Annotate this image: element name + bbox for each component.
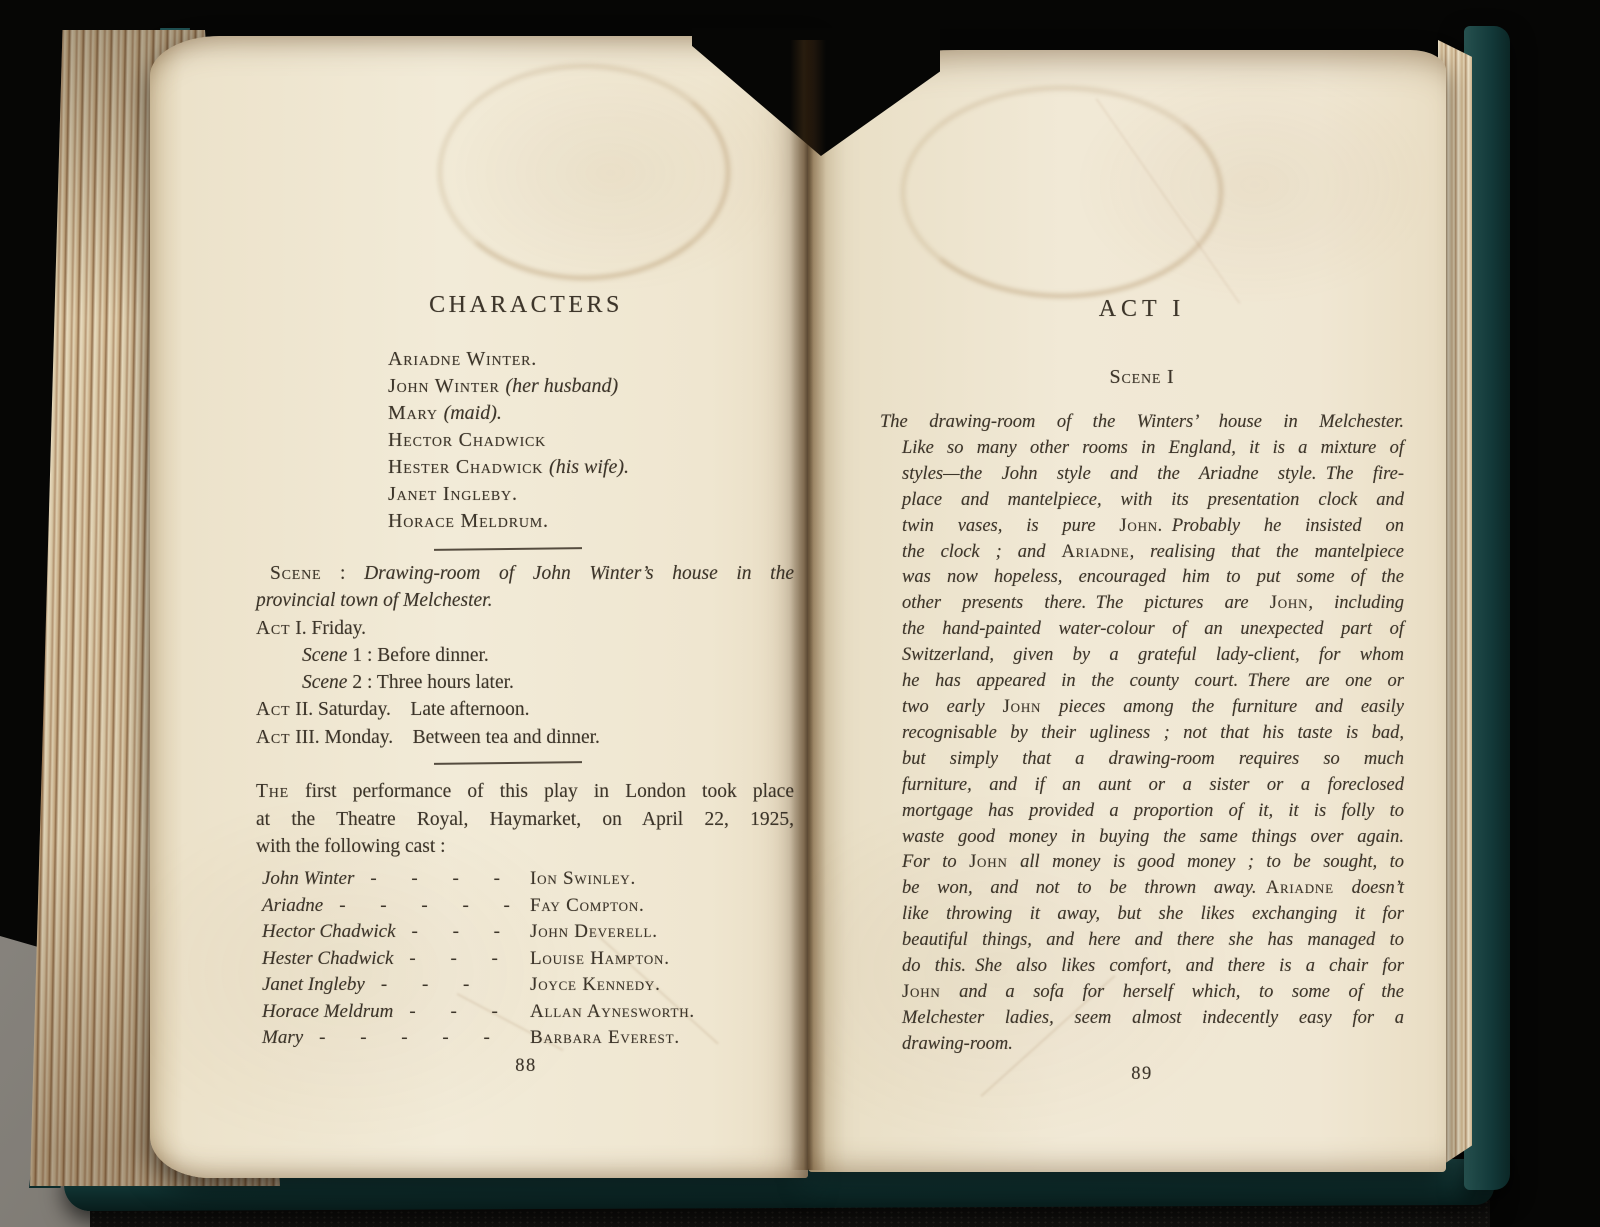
cast-actor: Fay Compton. [530,893,782,920]
text-segment: the clock ; and [902,542,1061,562]
book-gutter-shadow [790,40,826,1170]
text-line: with the following cast : [256,833,794,861]
text-segment: Scene [302,645,347,666]
right-page-content: ACT I Scene I The drawing-room of the Wi… [880,50,1404,1172]
scene-and-act-summary: Scene : Drawing-room of John Winter’s ho… [256,560,794,751]
text-segment: (his wife). [549,456,629,478]
text-line: Scene 1 : Before dinner. [256,642,794,669]
text-segment: Ariadne [1061,542,1129,562]
first-performance-note: The first performance of this play in Lo… [256,778,794,861]
text-segment: . Probably he insisted on [1158,516,1404,536]
text-segment: furniture, and if an aunt or a sister or… [902,775,1404,795]
cast-char: Janet Ingleby [262,972,365,999]
cast-row: Ariadne- - - - -Fay Compton. [262,893,782,920]
text-segment: Act [256,727,290,748]
cast-actor: Barbara Everest. [530,1025,782,1052]
cast-dashes: - - - [393,999,530,1026]
text-segment: Janet Ingleby. [388,483,518,505]
cast-row: John Winter- - - -Ion Swinley. [262,866,782,893]
left-page-content: CHARACTERS Ariadne Winter.John Winter (h… [256,36,796,1178]
text-segment: (her husband) [505,375,618,397]
text-segment: he has appeared in the county court. The… [902,671,1404,691]
scene-heading: Scene I [880,366,1404,389]
text-segment: like throwing it away, but she likes exc… [902,904,1404,924]
text-segment: , realising that the mantelpiece [1130,542,1404,562]
text-segment: drawing-room. [902,1034,1013,1054]
text-line: waste good money in buying the same thin… [880,825,1404,851]
text-segment: with the following cast : [256,836,446,857]
text-line: drawing-room. [880,1032,1404,1058]
cast-row: Mary- - - - -Barbara Everest. [262,1025,782,1052]
text-segment: styles—the John style and the Ariadne st… [902,464,1404,484]
text-line: was now hopeless, encouraged him to put … [880,565,1404,591]
text-line: Melchester ladies, seem almost indecentl… [880,1006,1404,1032]
text-line: beautiful things, and here and there she… [880,928,1404,954]
text-line: Like so many other rooms in England, it … [880,436,1404,462]
text-segment: beautiful things, and here and there she… [902,930,1404,950]
text-segment: 2 : Three hours later. [347,672,513,693]
text-segment: mortgage has provided a proportion of it… [902,801,1404,821]
text-segment: Switzerland, given by a grateful lady-cl… [902,645,1404,665]
text-line: provincial town of Melchester. [256,587,794,614]
text-segment: III. Monday. Between tea and dinner. [290,727,600,748]
text-line: styles—the John style and the Ariadne st… [880,462,1404,488]
text-line: Ariadne Winter. [388,346,629,373]
cast-actor: Joyce Kennedy. [530,972,782,999]
text-segment: doesn’t [1334,878,1404,898]
text-segment: The drawing-room of the Winters’ house i… [880,412,1404,432]
text-segment: John [1119,516,1158,536]
text-segment: Act [256,699,290,720]
text-segment: Mary [388,402,444,424]
text-line: but simply that a drawing-room requires … [880,747,1404,773]
text-segment: place and mantelpiece, with its presenta… [902,490,1404,510]
cast-char: John Winter [262,866,354,893]
text-segment: two early [902,697,1003,717]
text-segment: provincial town of Melchester. [256,590,493,611]
text-segment: pieces among the furniture and easily [1041,697,1404,717]
text-line: Hester Chadwick (his wife). [388,454,629,481]
text-line: The drawing-room of the Winters’ house i… [880,410,1404,436]
text-line: Act III. Monday. Between tea and dinner. [256,724,794,751]
text-line: be won, and not to be thrown away. Ariad… [880,876,1404,902]
cast-char: Hester Chadwick [262,946,393,973]
text-line: recognisable by their ugliness ; not tha… [880,721,1404,747]
text-segment: (maid). [444,402,502,424]
text-segment: Scene [270,563,321,584]
text-line: Hector Chadwick [388,427,629,454]
cast-row: Horace Meldrum- - -Allan Aynesworth. [262,999,782,1026]
text-segment: Ariadne [1266,878,1334,898]
act-heading: ACT I [880,296,1404,323]
text-line: Act I. Friday. [256,615,794,642]
page-number-right: 89 [880,1064,1404,1085]
text-line: Act II. Saturday. Late afternoon. [256,696,794,723]
character-list: Ariadne Winter.John Winter (her husband)… [388,346,629,535]
cast-dashes: - - - - - [303,1025,530,1052]
text-line: at the Theatre Royal, Haymarket, on Apri… [256,806,794,834]
text-segment: John [969,852,1008,872]
text-segment: : [321,563,364,584]
cast-dashes: - - - [365,972,530,999]
left-page: CHARACTERS Ariadne Winter.John Winter (h… [150,36,808,1178]
text-segment: be won, and not to be thrown away. [902,878,1266,898]
cast-list: John Winter- - - -Ion Swinley.Ariadne- -… [262,866,782,1052]
text-line: the clock ; and Ariadne, realising that … [880,540,1404,566]
right-page: ACT I Scene I The drawing-room of the Wi… [808,50,1446,1172]
characters-heading: CHARACTERS [256,292,796,319]
stage-directions: The drawing-room of the Winters’ house i… [880,410,1404,1058]
text-segment: , including [1308,593,1404,613]
scene-heading-text: Scene I [1110,366,1175,388]
cast-dashes: - - - - [354,866,530,893]
cast-actor: Ion Swinley. [530,866,782,893]
text-segment: John [1270,593,1309,613]
text-segment: The [256,781,289,802]
cast-char: Horace Meldrum [262,999,393,1026]
text-segment: Horace Meldrum. [388,510,549,532]
text-line: The first performance of this play in Lo… [256,778,794,806]
cast-actor: John Deverell. [530,919,782,946]
text-segment: John [902,982,941,1002]
text-line: For to John all money is good money ; to… [880,850,1404,876]
cast-dashes: - - - [396,919,530,946]
photo-of-open-book: CHARACTERS Ariadne Winter.John Winter (h… [0,0,1600,1227]
text-segment: Like so many other rooms in England, it … [902,438,1404,458]
text-line: John and a sofa for herself which, to so… [880,980,1404,1006]
text-segment: waste good money in buying the same thin… [902,827,1404,847]
text-segment: Melchester ladies, seem almost indecentl… [902,1008,1404,1028]
text-segment: and a sofa for herself which, to some of… [941,982,1404,1002]
text-line: place and mantelpiece, with its presenta… [880,488,1404,514]
text-segment: Hector Chadwick [388,429,546,451]
text-line: Janet Ingleby. [388,481,629,508]
text-segment: other presents there. The pictures are [902,593,1270,613]
divider-rule-bottom [434,761,582,765]
text-line: Mary (maid). [388,400,629,427]
text-segment: recognisable by their ugliness ; not tha… [902,723,1404,743]
text-line: Scene : Drawing-room of John Winter’s ho… [256,560,794,587]
text-segment: Ariadne Winter. [388,348,537,370]
text-segment: at the Theatre Royal, Haymarket, on Apri… [256,809,794,830]
text-line: mortgage has provided a proportion of it… [880,799,1404,825]
text-segment: all money is good money ; to be sought, … [1008,852,1404,872]
text-line: Scene 2 : Three hours later. [256,669,794,696]
text-segment: I. Friday. [290,618,366,639]
text-segment: first performance of this play in London… [289,781,794,802]
text-line: two early John pieces among the furnitur… [880,695,1404,721]
cast-actor: Louise Hampton. [530,946,782,973]
text-segment: John [1003,697,1042,717]
text-segment: Drawing-room of John Winter’s house in t… [364,563,794,584]
text-line: furniture, and if an aunt or a sister or… [880,773,1404,799]
text-line: John Winter (her husband) [388,373,629,400]
cast-dashes: - - - - - [323,893,530,920]
cast-char: Hector Chadwick [262,919,396,946]
text-segment: II. Saturday. Late afternoon. [290,699,529,720]
text-line: Horace Meldrum. [388,508,629,535]
text-line: he has appeared in the county court. The… [880,669,1404,695]
text-line: do this. She also likes comfort, and the… [880,954,1404,980]
text-segment: twin vases, is pure [902,516,1119,536]
page-number-left: 88 [256,1056,796,1077]
text-segment: the hand-painted water-colour of an unex… [902,619,1404,639]
cast-dashes: - - - [393,946,530,973]
text-segment: Hester Chadwick [388,456,549,478]
cast-row: Hester Chadwick- - -Louise Hampton. [262,946,782,973]
text-segment: but simply that a drawing-room requires … [902,749,1404,769]
cast-actor: Allan Aynesworth. [530,999,782,1026]
text-segment: 1 : Before dinner. [347,645,488,666]
text-line: other presents there. The pictures are J… [880,591,1404,617]
text-segment: was now hopeless, encouraged him to put … [902,567,1404,587]
cast-row: Hector Chadwick- - -John Deverell. [262,919,782,946]
text-line: like throwing it away, but she likes exc… [880,902,1404,928]
text-line: Switzerland, given by a grateful lady-cl… [880,643,1404,669]
text-segment: Act [256,618,290,639]
text-segment: Scene [302,672,347,693]
cast-char: Mary [262,1025,303,1052]
divider-rule-top [434,547,582,551]
text-segment: For to [902,852,969,872]
text-segment: do this. She also likes comfort, and the… [902,956,1404,976]
text-segment: John Winter [388,375,505,397]
text-line: the hand-painted water-colour of an unex… [880,617,1404,643]
text-line: twin vases, is pure John. Probably he in… [880,514,1404,540]
cast-char: Ariadne [262,893,323,920]
cast-row: Janet Ingleby- - -Joyce Kennedy. [262,972,782,999]
